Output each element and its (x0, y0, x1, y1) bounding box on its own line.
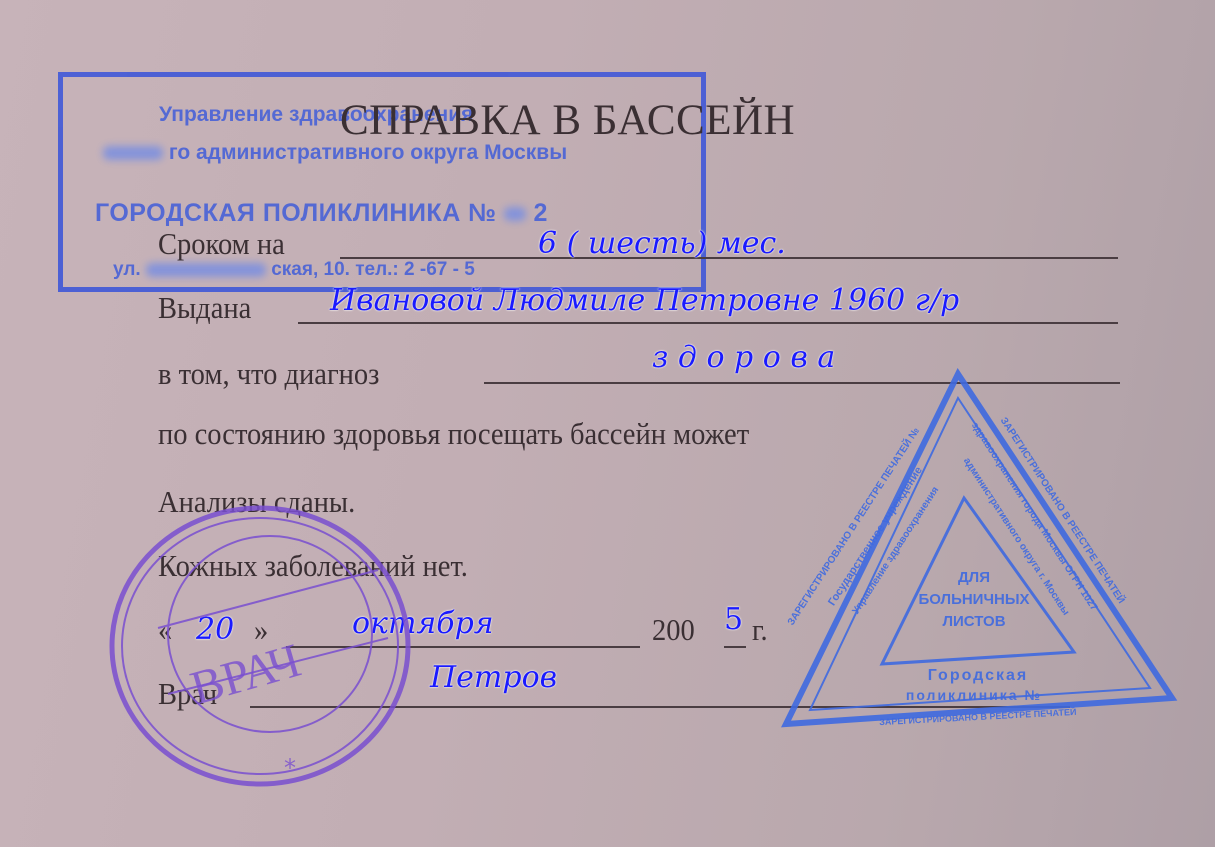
redaction-blur (146, 263, 266, 277)
date-year-suffix: г. (752, 612, 768, 648)
svg-text:БОЛЬНИЧНЫХ: БОЛЬНИЧНЫХ (918, 591, 1029, 608)
issued-underline (298, 322, 1118, 324)
diagnosis-label: в том, что диагноз (158, 356, 379, 392)
svg-text:ЗАРЕГИСТРИРОВАНО В РЕЕСТРЕ ПЕЧ: ЗАРЕГИСТРИРОВАНО В РЕЕСТРЕ ПЕЧАТЕЙ № (784, 425, 922, 628)
year-underline (724, 646, 746, 648)
stamp-line-3: ГОРОДСКАЯ ПОЛИКЛИНИКА № 2 (95, 199, 548, 228)
term-value[interactable]: 6 ( шесть) мес. (538, 226, 786, 261)
certificate-page: Управление здравоохранения го администра… (0, 0, 1215, 847)
issued-value[interactable]: Ивановой Людмиле Петровне 1960 г/р (330, 283, 959, 318)
svg-text:ДЛЯ: ДЛЯ (958, 569, 990, 586)
issued-label: Выдана (158, 290, 251, 326)
doctor-signature[interactable]: Петров (430, 660, 557, 695)
stamp-line-4: ул. ская, 10. тел.: 2 -67 - 5 (113, 259, 475, 281)
svg-text:поликлиника №: поликлиника № (906, 687, 1042, 703)
star-icon: * (284, 754, 296, 782)
doctor-round-stamp: ВРАЧ * (98, 498, 428, 798)
svg-text:ЗАРЕГИСТРИРОВАНО В РЕЕСТРЕ ПЕЧ: ЗАРЕГИСТРИРОВАНО В РЕЕСТРЕ ПЕЧАТЕЙ (998, 415, 1128, 606)
document-title: СПРАВКА В БАССЕЙН (340, 96, 795, 145)
svg-text:Городская: Городская (928, 667, 1028, 684)
health-text: по состоянию здоровья посещать бассейн м… (158, 416, 749, 452)
sick-leave-triangle-stamp: ДЛЯ БОЛЬНИЧНЫХ ЛИСТОВ Городская поликлин… (778, 368, 1178, 738)
svg-text:ЛИСТОВ: ЛИСТОВ (942, 613, 1005, 630)
term-label: Сроком на (158, 226, 285, 262)
date-year-digit[interactable]: 5 (724, 602, 743, 637)
redaction-blur (103, 146, 163, 160)
redaction-blur (504, 207, 526, 221)
stamp-center-text: ВРАЧ (185, 634, 306, 716)
date-year-prefix: 200 (652, 612, 695, 648)
